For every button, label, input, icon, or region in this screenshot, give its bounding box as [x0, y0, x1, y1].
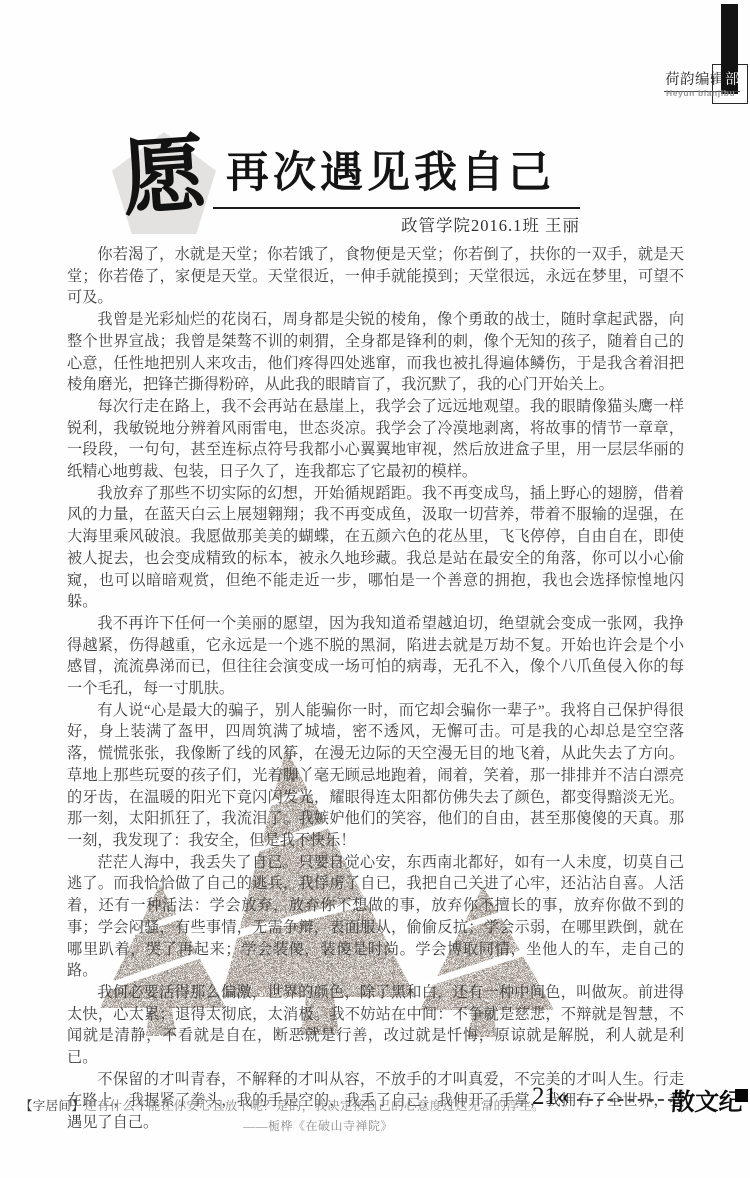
footer-quote-text: 还有什么不能让你安心且放下呢？是的，我决定按自己的心意度过这无常的浮生。 — [84, 1099, 545, 1113]
section-name: 散文纪 — [670, 1082, 744, 1117]
paragraph: 我不再许下任何一个美丽的愿望，因为我知道希望越迫切，绝望就会变成一张网，我挣得越… — [67, 613, 684, 700]
page-title: 再次遇见我自己 — [226, 148, 555, 200]
title-underline — [213, 207, 580, 209]
footer-quote-label: 【字居间】 — [20, 1099, 84, 1113]
title-emblem-char: 愿 — [119, 133, 209, 223]
footer-corner-square — [735, 1089, 748, 1102]
byline: 政管学院2016.1班 王丽 — [280, 212, 580, 236]
page-number: 21« — [532, 1083, 570, 1111]
paragraph: 我曾是光彩灿烂的花岗石，周身都是尖锐的棱角，像个勇敢的战士，随时拿起武器，向整个… — [67, 309, 684, 396]
masthead-name-last: 部 — [725, 72, 740, 88]
footer-quote-source: ——栀桦《在破山寺禅院》 — [243, 1117, 393, 1134]
footer-quote: 【字居间】还有什么不能让你安心且放下呢？是的，我决定按自己的心意度过这无常的浮生… — [20, 1096, 540, 1114]
masthead-name-main: 荷韵编辑 — [665, 72, 725, 88]
masthead-pinyin: Heyun bianjibu — [666, 88, 742, 98]
paragraph: 有人说“心是最大的骗子，别人能骗你一时，而它却会骗你一辈子”。我将自己保护得很好… — [67, 700, 684, 852]
paragraph: 我何必要活得那么偏激，世界的颜色，除了黑和白，还有一种中间色，叫做灰。前进得太快… — [67, 982, 684, 1069]
paragraph: 我放弃了那些不切实际的幻想，开始循规蹈距。我不再变成鸟，插上野心的翅膀，借着风的… — [67, 483, 684, 613]
paragraph: 每次行走在路上，我不会再站在悬崖上，我学会了远远地观望。我的眼睛像猫头鹰一样锐利… — [67, 396, 684, 483]
paragraph: 茫茫人海中，我丢失了自已。只要自觉心安，东西南北都好，如有一人未度，切莫自己逃了… — [67, 852, 684, 982]
footer-dashed-rule — [577, 1099, 674, 1101]
article-body: 你若渴了，水就是天堂；你若饿了，食物便是天堂；你若倒了，扶你的一双手，就是天堂；… — [67, 244, 684, 1134]
page-number-arrow-icon: « — [557, 1083, 570, 1110]
paragraph: 你若渴了，水就是天堂；你若饿了，食物便是天堂；你若倒了，扶你的一双手，就是天堂；… — [67, 244, 684, 309]
magazine-page: 荷韵编辑部 Heyun bianjibu 愿 再次遇见我自己 政管学院2016.… — [0, 0, 750, 1178]
page-number-value: 21 — [532, 1083, 557, 1110]
